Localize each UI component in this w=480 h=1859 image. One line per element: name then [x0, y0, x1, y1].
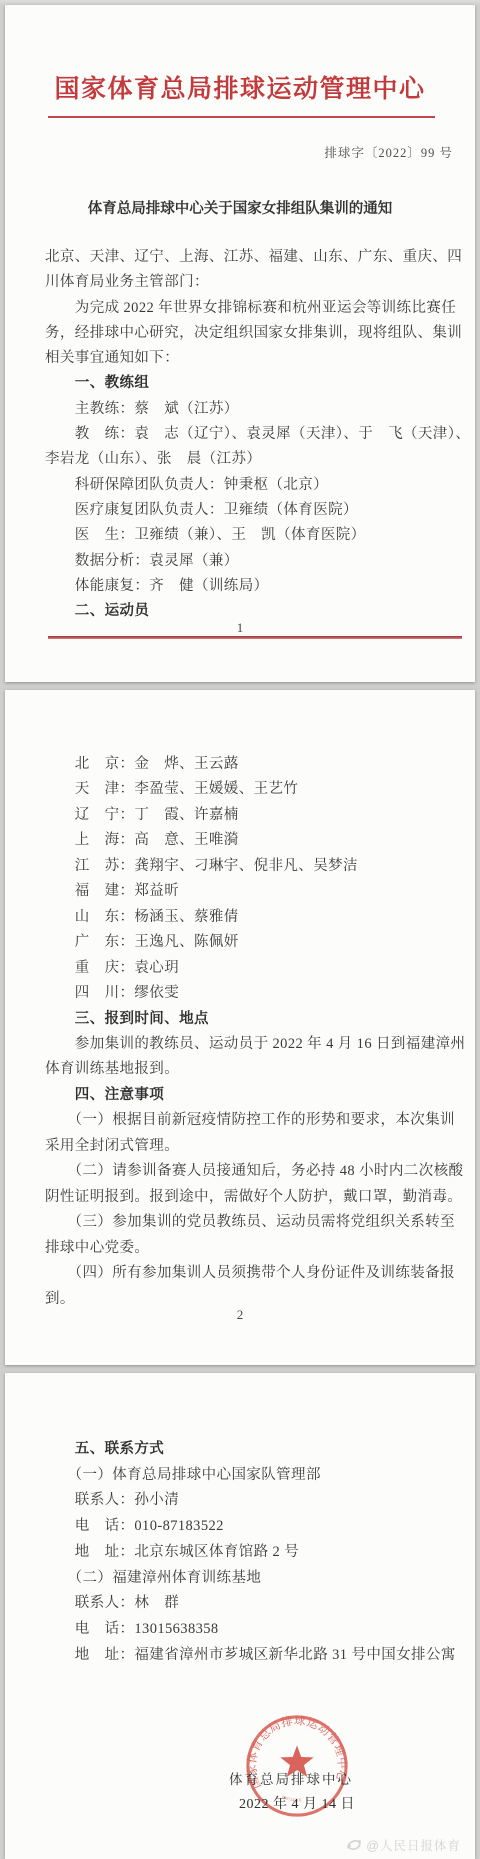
footer-red-line — [48, 636, 462, 639]
letterhead-red-rule — [48, 116, 435, 118]
doc-line: 医 生：卫雍绩（兼）、王 凯（体育医院） — [45, 523, 445, 548]
page-number: 1 — [5, 620, 475, 636]
watermark-publisher: @人民日报体育 — [346, 1836, 461, 1854]
section-heading-notes: 四、注意事项 — [45, 1083, 445, 1108]
page-1-body: 北京、天津、辽宁、上海、江苏、福建、山东、广东、重庆、四 川体育局业务主管部门：… — [45, 245, 445, 624]
doc-line: 相关事宜通知如下： — [45, 346, 445, 371]
page-3: 五、联系方式 （一）体育总局排球中心国家队管理部 联系人：孙小清 电 话：010… — [5, 1373, 475, 1859]
doc-line: 体育训练基地报到。 — [45, 1057, 445, 1082]
doc-line: 教 练：袁 志（辽宁）、袁灵犀（天津）、于 飞（天津）、 — [45, 422, 445, 447]
watermark-text: @人民日报体育 — [366, 1836, 461, 1854]
publisher-logo-icon — [346, 1838, 363, 1852]
letterhead-org-title: 国家体育总局排球运动管理中心 — [5, 69, 475, 105]
contact-address-line: 地 址：福建省漳州市芗城区新华北路 31 号中国女排公寓 — [45, 1643, 445, 1669]
doc-line: （四）所有参加集训人员须携带个人身份证件及训练装备报 — [45, 1261, 445, 1286]
doc-line: 阴性证明报到。报到途中，需做好个人防护，戴口罩，勤消毒。 — [45, 1185, 445, 1210]
section-heading-contacts: 五、联系方式 — [45, 1437, 445, 1463]
roster-line: 江 苏：龚翔宇、刁琳宇、倪非凡、吴梦洁 — [45, 854, 445, 879]
roster-line: 山 东：杨涵玉、蔡雅倩 — [45, 905, 445, 930]
doc-line: 北京、天津、辽宁、上海、江苏、福建、山东、广东、重庆、四 — [45, 245, 445, 270]
contact-name-line: 联系人：林 群 — [45, 1591, 445, 1617]
doc-line: （一）根据目前新冠疫情防控工作的形势和要求，本次集训 — [45, 1108, 445, 1133]
contact-phone-line: 电 话：13015638358 — [45, 1617, 445, 1643]
doc-line: 采用全封闭式管理。 — [45, 1134, 445, 1159]
document-number: 排球字〔2022〕99 号 — [324, 143, 453, 161]
page-1: 国家体育总局排球运动管理中心 排球字〔2022〕99 号 体育总局排球中心关于国… — [5, 5, 475, 682]
roster-line: 北 京：金 烨、王云蕗 — [45, 752, 445, 777]
signature-date-line: 2022 年 4 月 14 日 — [239, 1793, 355, 1813]
roster-line: 四 川：缪依雯 — [45, 981, 445, 1006]
contact-name-line: 联系人：孙小清 — [45, 1488, 445, 1514]
page-2-body: 北 京：金 烨、王云蕗 天 津：李盈莹、王媛媛、王艺竹 辽 宁：丁 霞、许嘉楠 … — [45, 752, 445, 1312]
doc-line: （二）福建漳州体育训练基地 — [45, 1566, 445, 1592]
contact-address-line: 地 址：北京东城区体育馆路 2 号 — [45, 1540, 445, 1566]
page-2: 北 京：金 烨、王云蕗 天 津：李盈莹、王媛媛、王艺竹 辽 宁：丁 霞、许嘉楠 … — [5, 690, 475, 1365]
doc-line: （一）体育总局排球中心国家队管理部 — [45, 1463, 445, 1489]
doc-line: 务，经排球中心研究，决定组织国家女排集训，现将组队、集训 — [45, 321, 445, 346]
roster-line: 辽 宁：丁 霞、许嘉楠 — [45, 803, 445, 828]
doc-line: 参加集训的教练员、运动员于 2022 年 4 月 16 日到福建漳州 — [45, 1032, 445, 1057]
section-heading-coaches: 一、教练组 — [45, 371, 445, 396]
doc-line: （三）参加集训的党员教练员、运动员需将党组织关系转至 — [45, 1210, 445, 1235]
roster-line: 重 庆：袁心玥 — [45, 956, 445, 981]
doc-line: 为完成 2022 年世界女排锦标赛和杭州亚运会等训练比赛任 — [45, 296, 445, 321]
contact-phone-line: 电 话：010-87183522 — [45, 1514, 445, 1540]
doc-line: 主教练：蔡 斌（江苏） — [45, 397, 445, 422]
roster-line: 福 建：郑益昕 — [45, 879, 445, 904]
doc-line: 川体育局业务主管部门： — [45, 270, 445, 295]
signature-org-line: 体育总局排球中心 — [229, 1768, 353, 1788]
doc-line: 排球中心党委。 — [45, 1236, 445, 1261]
doc-line: （二）请参训备赛人员接通知后，务必持 48 小时内二次核酸 — [45, 1159, 445, 1184]
roster-line: 广 东：王逸凡、陈佩妍 — [45, 930, 445, 955]
document-viewer: 国家体育总局排球运动管理中心 排球字〔2022〕99 号 体育总局排球中心关于国… — [0, 0, 480, 1859]
page-3-body: 五、联系方式 （一）体育总局排球中心国家队管理部 联系人：孙小清 电 话：010… — [45, 1437, 445, 1668]
roster-line: 上 海：高 意、王唯漪 — [45, 828, 445, 853]
notice-title: 体育总局排球中心关于国家女排组队集训的通知 — [5, 197, 475, 218]
doc-line: 体能康复：齐 健（训练局） — [45, 574, 445, 599]
page-number: 2 — [5, 1307, 475, 1323]
doc-line: 科研保障团队负责人：钟秉枢（北京） — [45, 473, 445, 498]
doc-line: 李岩龙（山东）、张 晨（江苏） — [45, 447, 445, 472]
doc-line: 数据分析：袁灵犀（兼） — [45, 549, 445, 574]
roster-line: 天 津：李盈莹、王媛媛、王艺竹 — [45, 777, 445, 802]
doc-line: 医疗康复团队负责人：卫雍绩（体育医院） — [45, 498, 445, 523]
section-heading-report-time: 三、报到时间、地点 — [45, 1007, 445, 1032]
